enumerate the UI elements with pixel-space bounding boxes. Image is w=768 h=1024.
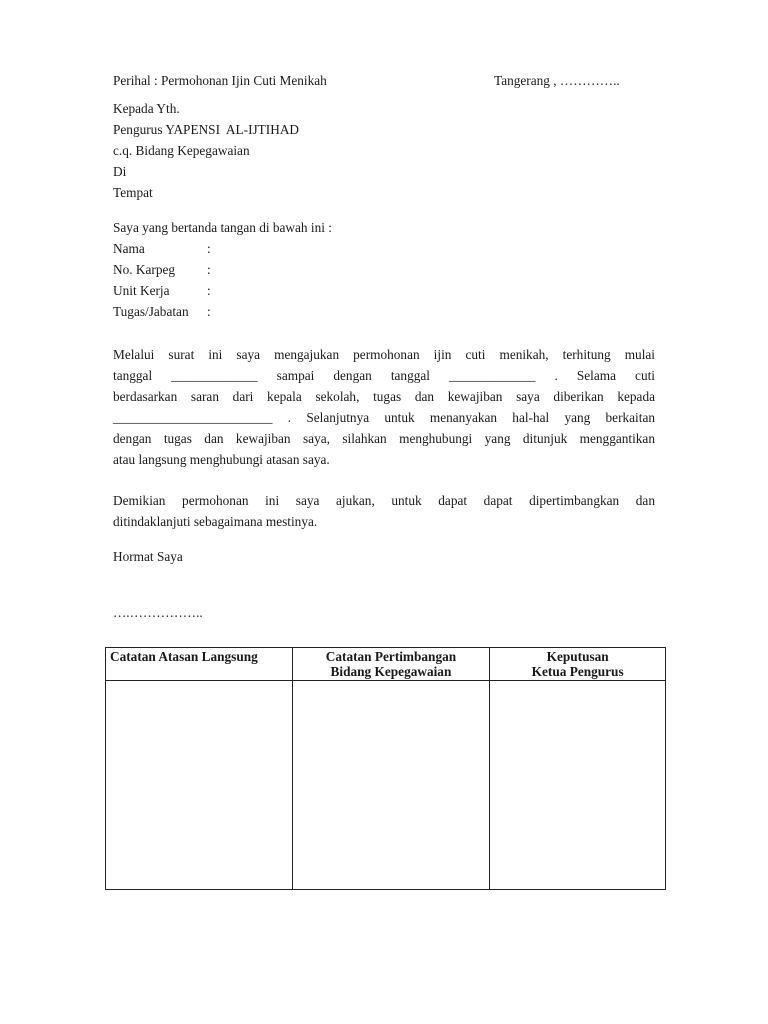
notes-table: Catatan Atasan Langsung Catatan Pertimba… xyxy=(105,647,666,890)
header-bidang-kepegawaian: Catatan Pertimbangan Bidang Kepegawaian xyxy=(292,648,490,681)
recipient-line-5: Tempat xyxy=(113,185,153,201)
intro-line: Saya yang bertanda tangan di bawah ini : xyxy=(113,220,332,236)
closing-line: ditindaklanjuti sebagaimana mestinya. xyxy=(113,511,655,532)
header-text: Keputusan xyxy=(547,649,609,664)
notes-cell-keputusan xyxy=(490,681,666,890)
header-text: Catatan Pertimbangan xyxy=(326,649,456,664)
notes-table-row xyxy=(106,681,666,890)
body-line: Melalui surat ini saya mengajukan permoh… xyxy=(113,344,655,365)
field-separator: : xyxy=(207,262,211,278)
recipient-line-2: Pengurus YAPENSI AL-IJTIHAD xyxy=(113,122,299,138)
field-karpeg: No. Karpeg : xyxy=(113,262,211,278)
field-label: Tugas/Jabatan xyxy=(113,304,207,320)
closing-paragraph: Demikian permohonan ini saya ajukan, unt… xyxy=(113,490,655,532)
signature-placeholder: ….…………….. xyxy=(113,605,203,621)
header-text: Ketua Pengurus xyxy=(532,664,624,679)
subject-line: Perihal : Permohonan Ijin Cuti Menikah xyxy=(113,73,327,89)
field-separator: : xyxy=(207,304,211,320)
place-date: Tangerang , ………….. xyxy=(494,73,620,89)
notes-cell-kepegawaian xyxy=(292,681,490,890)
body-line: ________________________ . Selanjutnya u… xyxy=(113,407,655,428)
salutation: Hormat Saya xyxy=(113,549,183,565)
header-text: Bidang Kepegawaian xyxy=(331,664,452,679)
recipient-line-1: Kepada Yth. xyxy=(113,101,180,117)
recipient-line-4: Di xyxy=(113,164,126,180)
field-tugas-jabatan: Tugas/Jabatan : xyxy=(113,304,211,320)
field-unit-kerja: Unit Kerja : xyxy=(113,283,211,299)
body-line: tanggal _____________ sampai dengan tang… xyxy=(113,365,655,386)
field-nama: Nama : xyxy=(113,241,211,257)
header-atasan-langsung: Catatan Atasan Langsung xyxy=(106,648,293,681)
field-label: Nama xyxy=(113,241,207,257)
notes-cell-atasan xyxy=(106,681,293,890)
closing-line: Demikian permohonan ini saya ajukan, unt… xyxy=(113,490,655,511)
field-separator: : xyxy=(207,241,211,257)
header-text: Catatan Atasan Langsung xyxy=(110,649,258,664)
body-line: atau langsung menghubungi atasan saya. xyxy=(113,449,655,470)
field-label: Unit Kerja xyxy=(113,283,207,299)
notes-table-header: Catatan Atasan Langsung Catatan Pertimba… xyxy=(106,648,666,681)
body-line: berdasarkan saran dari kepala sekolah, t… xyxy=(113,386,655,407)
field-separator: : xyxy=(207,283,211,299)
header-ketua-pengurus: Keputusan Ketua Pengurus xyxy=(490,648,666,681)
body-paragraph: Melalui surat ini saya mengajukan permoh… xyxy=(113,344,655,470)
field-label: No. Karpeg xyxy=(113,262,207,278)
recipient-line-3: c.q. Bidang Kepegawaian xyxy=(113,143,250,159)
body-line: dengan tugas dan kewajiban saya, silahka… xyxy=(113,428,655,449)
